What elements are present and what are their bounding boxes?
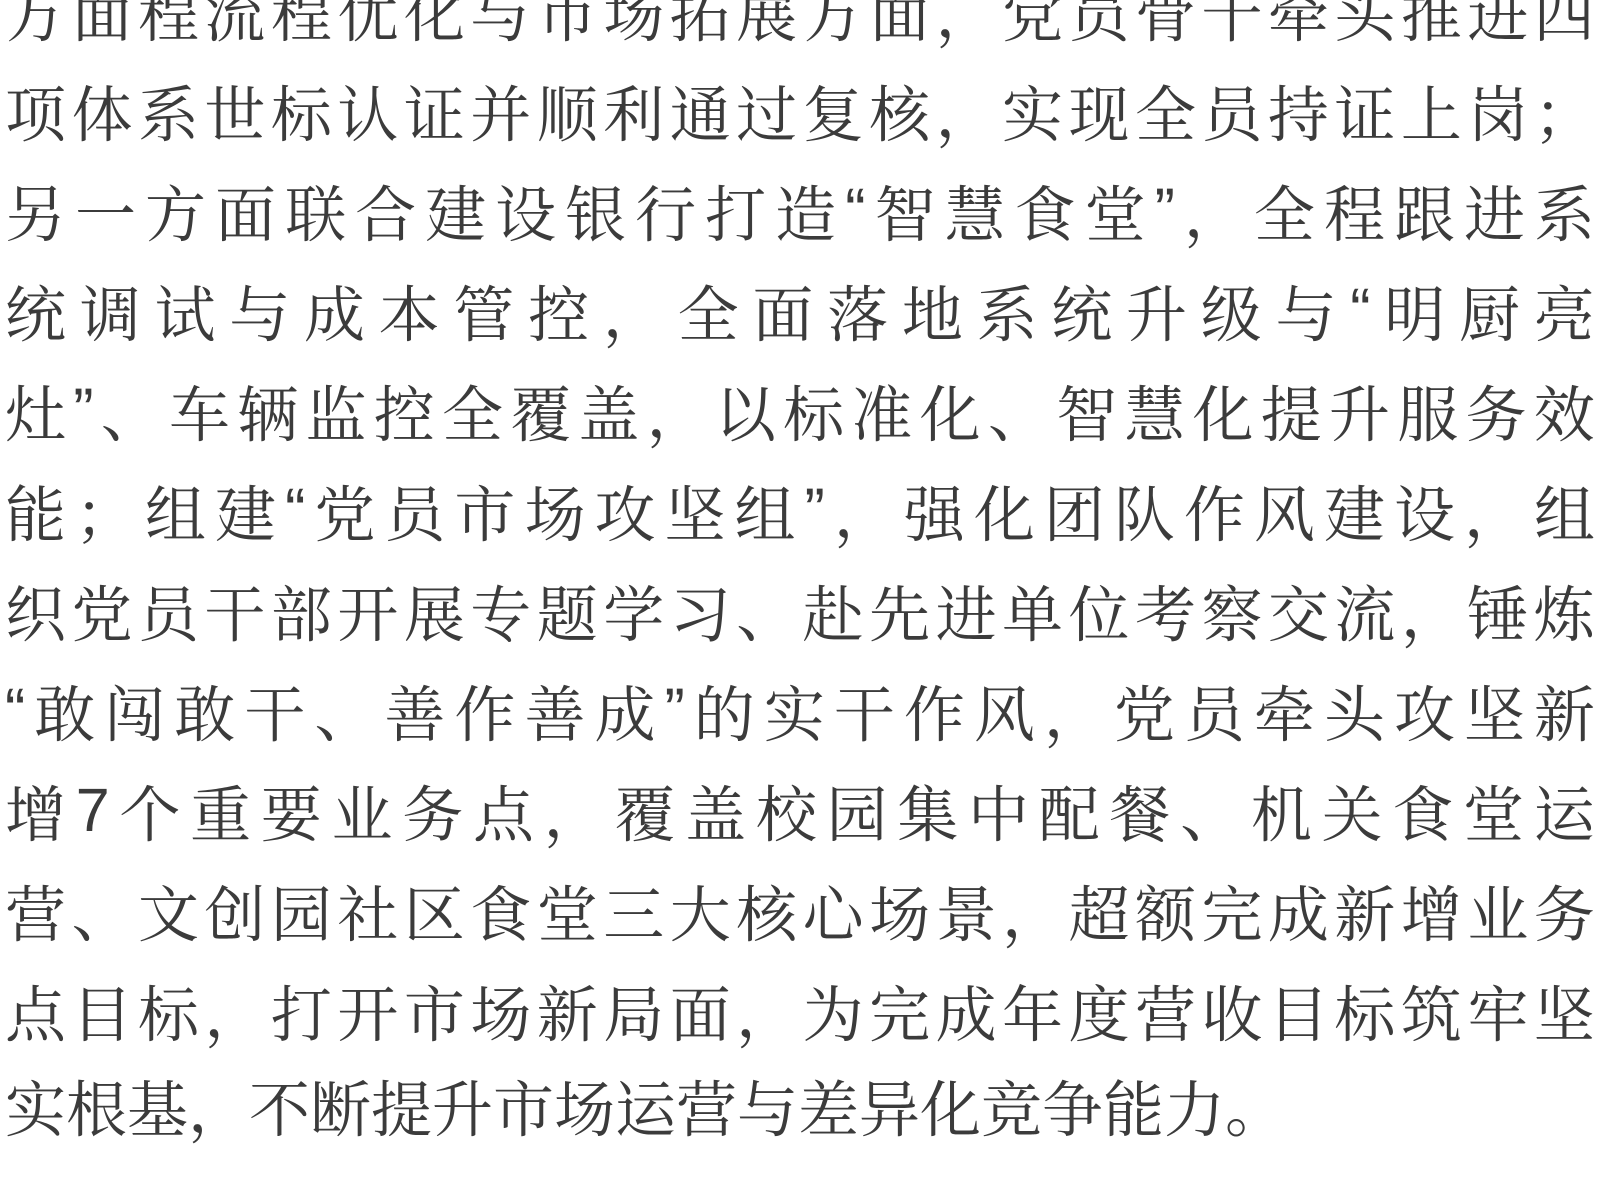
- text-line: 另一方面联合建设银行打造“智慧食堂”，全程跟进系: [5, 160, 1595, 260]
- text-line: 方面程流程优化与市场拓展方面，党员骨干牵头推进四: [5, 0, 1595, 60]
- text-line: 点目标，打开市场新局面，为完成年度营收目标筑牢坚: [5, 960, 1595, 1060]
- text-line: 织党员干部开展专题学习、赴先进单位考察交流，锤炼: [5, 560, 1595, 660]
- text-line: 灶”、车辆监控全覆盖，以标准化、智慧化提升服务效: [5, 360, 1595, 460]
- paragraph: 方面程流程优化与市场拓展方面，党员骨干牵头推进四 项体系世标认证并顺利通过复核，…: [0, 0, 1600, 1160]
- document-page: 方面程流程优化与市场拓展方面，党员骨干牵头推进四 项体系世标认证并顺利通过复核，…: [0, 0, 1600, 1200]
- text-line: 项体系世标认证并顺利通过复核，实现全员持证上岗；: [5, 60, 1595, 160]
- text-line: 统调试与成本管控，全面落地系统升级与“明厨亮: [5, 260, 1595, 360]
- text-line: 营、文创园社区食堂三大核心场景，超额完成新增业务: [5, 860, 1595, 960]
- text-line: 实根基，不断提升市场运营与差异化竞争能力。: [5, 1060, 1595, 1160]
- text-line: “敢闯敢干、善作善成”的实干作风，党员牵头攻坚新: [5, 660, 1595, 760]
- text-line: 能；组建“党员市场攻坚组”，强化团队作风建设，组: [5, 460, 1595, 560]
- text-line: 增7个重要业务点，覆盖校园集中配餐、机关食堂运: [5, 760, 1595, 860]
